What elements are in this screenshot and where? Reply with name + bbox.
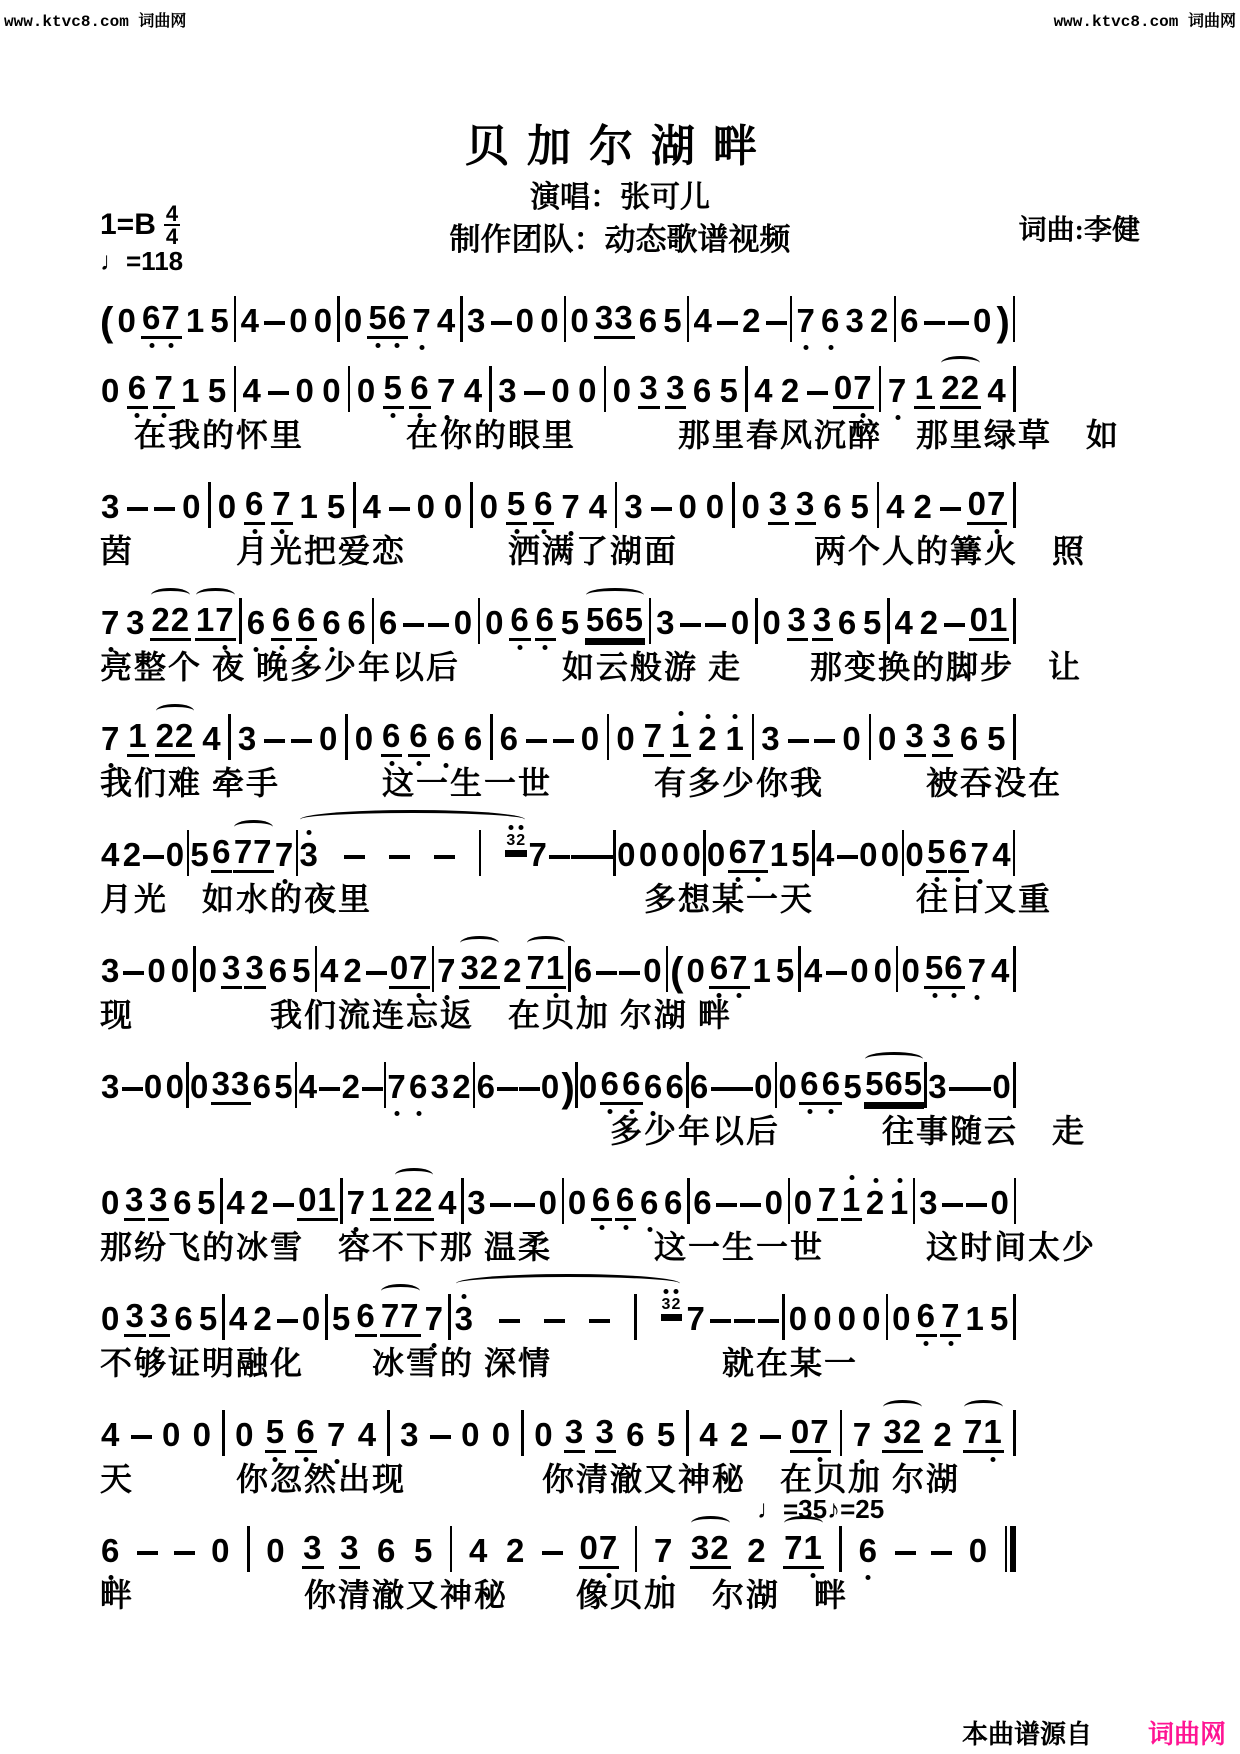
- notation-line: 300671540005674300033654207: [100, 469, 1016, 525]
- note-group: 0: [764, 1185, 785, 1221]
- note-group: 6: [246, 605, 267, 641]
- note-group: 0: [301, 1301, 322, 1337]
- barline: [222, 1294, 225, 1340]
- note-digit: 2: [250, 1185, 269, 1221]
- note-group: 0: [730, 605, 751, 641]
- note-group: 6: [378, 605, 399, 641]
- note-group: 0: [880, 837, 901, 873]
- note-group: 5: [291, 953, 312, 989]
- note-digit: 1: [671, 718, 690, 754]
- note-digit: 0: [390, 950, 409, 986]
- note-digit: 3: [101, 1069, 120, 1105]
- notation-line: 30003365420773227160(0671540005674: [100, 933, 1016, 989]
- dash: [344, 855, 365, 860]
- note-group: 7: [436, 373, 457, 409]
- note-group: 3: [497, 373, 518, 409]
- note-digit: 0: [355, 721, 374, 757]
- note-digit: 7: [101, 605, 120, 641]
- slur: 332: [454, 1294, 683, 1337]
- note-group: 7: [685, 1301, 706, 1337]
- note-group: 6: [591, 1182, 612, 1221]
- score-system: 6003365420773227160畔 你清澈又神秘 像贝加 尔湖 畔: [100, 1513, 1016, 1615]
- note-digit: 3: [431, 1069, 450, 1105]
- note-group: 6: [663, 1185, 684, 1221]
- note-digit: 6: [574, 953, 593, 989]
- note-group: 3: [665, 370, 686, 409]
- note-group: 0: [812, 1301, 833, 1337]
- note-digit: 3: [125, 1182, 144, 1218]
- dash: [940, 507, 961, 512]
- note-group: 17: [195, 602, 236, 641]
- barline: [879, 366, 882, 412]
- note-group: 6: [625, 1417, 646, 1453]
- note-group: 4: [753, 373, 774, 409]
- barline: [337, 296, 340, 342]
- note-digit: 6: [960, 721, 979, 757]
- note-digit: 1: [196, 602, 215, 638]
- note-group: 5: [265, 1414, 286, 1453]
- barline: [687, 296, 690, 342]
- note-digit: 7: [381, 1298, 400, 1334]
- note-digit: 5: [327, 489, 346, 525]
- note-group: 6: [692, 1185, 713, 1221]
- note-digit: 1: [128, 718, 147, 754]
- dash: [137, 1551, 158, 1556]
- dash: [895, 1551, 916, 1556]
- note-digit: 6: [174, 1301, 193, 1337]
- note-digit: 0: [117, 303, 136, 339]
- dash: [123, 971, 144, 976]
- note-digit: 7: [599, 1530, 618, 1566]
- barline: [228, 714, 231, 760]
- note-group: 3: [298, 837, 319, 873]
- note-digit: 6: [322, 605, 341, 641]
- note-digit: 0: [485, 605, 504, 641]
- note-group: 5: [986, 721, 1007, 757]
- note-group: 6: [638, 303, 659, 339]
- note-digit: 7: [425, 1301, 444, 1337]
- barline: [353, 482, 356, 528]
- note-group: 1: [127, 718, 148, 757]
- note-digit: 7: [971, 837, 990, 873]
- dash: [651, 507, 672, 512]
- note-digit: 2: [452, 1069, 471, 1105]
- note-digit: 7: [888, 373, 907, 409]
- note-digit: 1: [371, 1182, 390, 1218]
- note-digit: 5: [791, 837, 810, 873]
- note-group: 3: [302, 1530, 323, 1569]
- dash: [174, 1551, 195, 1556]
- dash: [826, 971, 847, 976]
- note-group: 2: [746, 1533, 767, 1569]
- note-group: 77: [233, 834, 274, 873]
- note-group: 1: [370, 1182, 391, 1221]
- note-digit: 6: [944, 950, 963, 986]
- note-digit: 7: [810, 1414, 829, 1450]
- note-group: 5: [926, 834, 947, 873]
- note-digit: 0: [990, 1185, 1009, 1221]
- note-group: 0: [615, 721, 636, 757]
- note-digit: 6: [388, 300, 407, 336]
- note-digit: 7: [234, 834, 253, 870]
- note-digit: 6: [664, 1185, 683, 1221]
- note-group: 7: [653, 1533, 674, 1569]
- note-digit: 7: [275, 837, 294, 873]
- note-group: 6: [173, 1301, 194, 1337]
- note-group: 7: [153, 370, 174, 409]
- note-group: 3: [768, 486, 789, 525]
- note-group: 3: [244, 950, 265, 989]
- barline: [489, 366, 492, 412]
- note-digit: 6: [534, 486, 553, 522]
- note-digit: 4: [241, 303, 260, 339]
- note-digit: 7: [784, 1530, 803, 1566]
- note-group: 6: [408, 718, 429, 757]
- note-group: 5: [656, 1417, 677, 1453]
- note-digit: 0: [417, 489, 436, 525]
- note-digit: 5: [776, 953, 795, 989]
- note-digit: 2: [516, 832, 526, 850]
- barline: [372, 598, 375, 644]
- note-digit: 6: [640, 1185, 659, 1221]
- barline: [1014, 1178, 1017, 1224]
- note-digit: 3: [149, 1182, 168, 1218]
- note-digit: 5: [657, 1417, 676, 1453]
- note-digit: 4: [464, 373, 483, 409]
- note-group: 1: [889, 1185, 910, 1221]
- dash: [732, 1087, 753, 1092]
- tempo-marking: ♩=118: [100, 246, 183, 277]
- note-digit: 0: [218, 489, 237, 525]
- note-group: 6: [408, 1069, 429, 1105]
- note-digit: 0: [707, 837, 726, 873]
- dash: [389, 507, 410, 512]
- note-group: 0: [189, 1069, 210, 1105]
- note-digit: 0: [319, 721, 338, 757]
- note-group: 3: [100, 1069, 121, 1105]
- lyrics-line: 那纷飞的冰雪 容不下那 温柔 这一生一世 这时间太少: [100, 1221, 1096, 1267]
- note-digit: 4: [693, 303, 712, 339]
- barline: [1013, 598, 1016, 644]
- dash: [948, 321, 969, 326]
- note-digit: 0: [534, 1417, 553, 1453]
- note-digit: 5: [851, 489, 870, 525]
- note-group: 0: [577, 373, 598, 409]
- note-digit: 2: [171, 602, 190, 638]
- note-group: 07: [579, 1530, 620, 1569]
- note-group: 0: [638, 837, 659, 873]
- note-digit: 1: [915, 370, 934, 406]
- note-group: 0: [569, 303, 590, 339]
- note-group: 22: [940, 370, 981, 409]
- note-group: 3: [454, 1301, 475, 1337]
- note-digit: 7: [400, 1298, 419, 1334]
- note-group: 67: [141, 300, 182, 339]
- key-label: 1=B: [100, 208, 156, 242]
- note-group: 3: [927, 1069, 948, 1105]
- note-group: 7: [852, 1417, 873, 1453]
- note-digit: 2: [866, 1185, 885, 1221]
- note-digit: 1: [186, 303, 205, 339]
- dash: [428, 623, 449, 628]
- note-digit: 0: [878, 721, 897, 757]
- note-digit: 7: [686, 1301, 705, 1337]
- note-digit: 6: [410, 370, 429, 406]
- note-digit: 0: [968, 486, 987, 522]
- note-digit: 2: [151, 602, 170, 638]
- note-group: 5: [207, 373, 228, 409]
- note-digit: 5: [927, 834, 946, 870]
- note-group: 2: [729, 1417, 750, 1453]
- dash: [966, 1203, 987, 1208]
- note-digit: 0: [101, 373, 120, 409]
- note-group: 6: [615, 1182, 636, 1221]
- barline: [1013, 1062, 1016, 1108]
- note-digit: 7: [561, 489, 580, 525]
- note-group: 22: [394, 1182, 435, 1221]
- barline: [432, 946, 435, 992]
- note-group: 3: [787, 602, 808, 641]
- note-group: 5: [662, 303, 683, 339]
- note-digit: 7: [729, 950, 748, 986]
- note-group: 3: [237, 721, 258, 757]
- lyrics-line: 茵 月光把爱恋 洒满了湖面 两个人的篝火 照: [100, 525, 1086, 571]
- note-group: 2: [932, 1417, 953, 1453]
- note-group: 6: [899, 303, 920, 339]
- note-group: 6: [476, 1069, 497, 1105]
- note-digit: 1: [983, 1414, 1002, 1450]
- note-group: 5: [209, 303, 230, 339]
- note-group: 6: [346, 605, 367, 641]
- note-group: 2: [912, 489, 933, 525]
- note-digit: 6: [729, 834, 748, 870]
- note-group: 6: [321, 605, 342, 641]
- barline: [615, 482, 618, 528]
- notation-line: 71224300666660071213003365: [100, 701, 1016, 757]
- note-group: 0: [705, 489, 726, 525]
- note-group: 0: [740, 489, 761, 525]
- barline: [687, 1178, 690, 1224]
- note-digit: 0: [190, 1069, 209, 1105]
- dash: [970, 1087, 991, 1092]
- note-group: 3: [466, 303, 487, 339]
- note-digit: 0: [789, 1301, 808, 1337]
- note-group: 7: [100, 721, 121, 757]
- note-group: 6: [948, 834, 969, 873]
- note-digit: 2: [903, 1414, 922, 1450]
- note-group: 0: [968, 1533, 989, 1569]
- barline: [222, 1410, 225, 1456]
- note-group: 0: [170, 953, 191, 989]
- note-digit: 0: [901, 953, 920, 989]
- note-digit: 2: [156, 718, 175, 754]
- note-group: 56: [924, 950, 965, 989]
- note-group: 3: [812, 602, 833, 641]
- note-digit: 3: [150, 1298, 169, 1334]
- note-digit: 0: [492, 1417, 511, 1453]
- note-group: 0: [143, 1069, 164, 1105]
- note-group: 7: [386, 1069, 407, 1105]
- note-group: 1: [180, 373, 201, 409]
- note-group: 5: [383, 370, 404, 409]
- note-digit: 6: [464, 721, 483, 757]
- note-digit: 3: [928, 1069, 947, 1105]
- note-group: 71: [963, 1414, 1004, 1453]
- note-group: 22: [155, 718, 196, 757]
- note-digit: 6: [409, 718, 428, 754]
- dash: [273, 1203, 294, 1208]
- note-digit: 3: [845, 303, 864, 339]
- note-digit: 7: [964, 1414, 983, 1450]
- note-group: 4: [100, 837, 121, 873]
- barline: [234, 366, 237, 412]
- note-digit: 0: [765, 1185, 784, 1221]
- dash: [430, 1435, 451, 1440]
- note-group: 7: [970, 837, 991, 873]
- note-digit: 6: [917, 1298, 936, 1334]
- dash: [944, 623, 965, 628]
- barline: [470, 482, 473, 528]
- note-group: 0: [484, 605, 505, 641]
- barline: [450, 1526, 453, 1572]
- note-group: 0: [567, 1185, 588, 1221]
- note-digit: 2: [175, 718, 194, 754]
- dash: [122, 1087, 143, 1092]
- note-group: 7: [411, 303, 432, 339]
- note-digit: 5: [332, 1301, 351, 1337]
- note-digit: 1: [989, 602, 1008, 638]
- note-digit: 0: [199, 953, 218, 989]
- note-digit: 7: [818, 1182, 837, 1218]
- note-digit: 0: [166, 1069, 185, 1105]
- note-digit: 6: [347, 605, 366, 641]
- note-group: 0: [900, 953, 921, 989]
- note-group: 0: [989, 1185, 1010, 1221]
- note-digit: 0: [266, 1533, 285, 1569]
- note-digit: 3: [769, 486, 788, 522]
- note-group: 6: [858, 1533, 879, 1569]
- note-group: 33: [211, 1066, 252, 1105]
- note-digit: 4: [229, 1301, 248, 1337]
- dash: [717, 321, 738, 326]
- note-group: 0: [217, 489, 238, 525]
- note-digit: 0: [838, 1301, 857, 1337]
- note-digit: 0: [539, 1185, 558, 1221]
- parenthesis: ): [997, 305, 1010, 339]
- note-group: 0: [753, 1069, 774, 1105]
- note-digit: 6: [823, 489, 842, 525]
- dash: [544, 1319, 565, 1324]
- note-digit: 6: [269, 953, 288, 989]
- note-group: 5: [331, 1301, 352, 1337]
- note-group: 6: [573, 953, 594, 989]
- note-digit: 7: [154, 370, 173, 406]
- note-digit: 6: [437, 721, 456, 757]
- note-digit: 3: [340, 1530, 359, 1566]
- note-group: 0: [318, 721, 339, 757]
- dash: [814, 739, 835, 744]
- note-group: 0: [443, 489, 464, 525]
- composer-credit: 词曲:李健: [1019, 208, 1140, 248]
- note-digit: 3: [245, 950, 264, 986]
- note-digit: 0: [454, 605, 473, 641]
- note-digit: 3: [595, 300, 614, 336]
- note-group: 1: [725, 721, 746, 757]
- note-group: 33: [594, 300, 635, 339]
- note-group: 0: [295, 373, 316, 409]
- note-digit: 5: [586, 602, 605, 638]
- note-group: 0: [612, 373, 633, 409]
- note-digit: 0: [794, 1185, 813, 1221]
- note-digit: 2: [253, 1301, 272, 1337]
- note-digit: 6: [500, 721, 519, 757]
- note-group: 7: [326, 1417, 347, 1453]
- note-digit: 6: [616, 1182, 635, 1218]
- note-group: 5: [189, 837, 210, 873]
- barline: [886, 1294, 889, 1340]
- note-digit: 6: [800, 1066, 819, 1102]
- note-group: 0: [858, 837, 879, 873]
- grace-note-group: 32: [505, 832, 527, 853]
- note-digit: 2: [742, 303, 761, 339]
- dash: [589, 1319, 610, 1324]
- notation-line: 40005674300033654207732271: [100, 1397, 1016, 1453]
- note-group: 1: [299, 489, 320, 525]
- barline: [208, 482, 211, 528]
- note-group: 0: [616, 837, 637, 873]
- note-group: 2: [697, 721, 718, 757]
- note-group: 0: [891, 1301, 912, 1337]
- note-digit: 6: [693, 373, 712, 409]
- note-digit: 0: [182, 489, 201, 525]
- note-group: 2: [869, 303, 890, 339]
- note-digit: 3: [467, 1185, 486, 1221]
- barline: [1013, 1294, 1016, 1340]
- note-digit: 5: [197, 1185, 216, 1221]
- note-group: 5: [719, 373, 740, 409]
- note-group: 7: [940, 1298, 961, 1337]
- watermark-top-right: www.ktvc8.com 词曲网: [1054, 8, 1236, 31]
- note-group: 71: [783, 1530, 824, 1569]
- note-group: 0: [210, 1533, 231, 1569]
- note-group: 6: [799, 1066, 820, 1105]
- note-digit: 4: [202, 721, 221, 757]
- key-signature: 1=B 4 4: [100, 203, 180, 247]
- note-group: 6: [252, 1069, 273, 1105]
- note-digit: 0: [357, 373, 376, 409]
- note-digit: 0: [211, 1533, 230, 1569]
- note-group: 0: [100, 1301, 121, 1337]
- note-group: 5: [560, 605, 581, 641]
- note-group: 7: [271, 486, 292, 525]
- note-group: 7: [274, 837, 295, 873]
- score-system: 7322176666660066556530033654201亮整个 夜 晚多少…: [100, 585, 1016, 687]
- note-group: 0: [837, 1301, 858, 1337]
- note-digit: 1: [181, 373, 200, 409]
- note-group: 7: [795, 303, 816, 339]
- lyrics-line: 月光 如水的夜里 多想某一天 往日又重: [100, 873, 1052, 919]
- dash: [711, 1087, 732, 1092]
- dash: [131, 1435, 152, 1440]
- note-group: 0: [788, 1301, 809, 1337]
- barline: [1013, 296, 1016, 342]
- note-digit: 3: [460, 950, 479, 986]
- note-digit: 6: [536, 602, 555, 638]
- note-digit: 0: [314, 303, 333, 339]
- note-group: 4: [225, 1185, 246, 1221]
- score-system: 30003365420773227160(0671540005674现 我们流连…: [100, 933, 1016, 1035]
- dash: [571, 855, 592, 860]
